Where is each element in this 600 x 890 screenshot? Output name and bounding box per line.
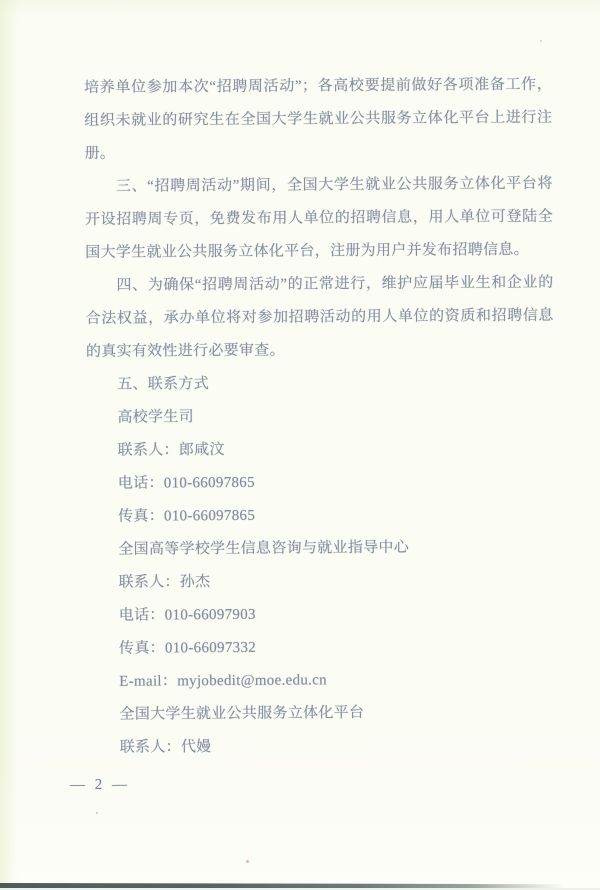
scan-speck bbox=[96, 812, 98, 814]
body-paragraph: 三、“招聘周活动”期间，全国大学生就业公共服务立体化平台将开设招聘周专页，免费发… bbox=[85, 168, 554, 270]
contact-line-fax: 传真：010-66097332 bbox=[88, 630, 556, 666]
body-paragraph: 培养单位参加本次“招聘周活动”；各高校要提前做好各项准备工作，组织未就业的研究生… bbox=[84, 69, 553, 171]
contact-line-person: 联系人：孙杰 bbox=[87, 564, 555, 600]
section-heading: 五、联系方式 bbox=[86, 366, 554, 402]
scanned-document-page: 培养单位参加本次“招聘周活动”；各高校要提前做好各项准备工作，组织未就业的研究生… bbox=[0, 0, 600, 890]
contact-line-organization: 全国高等学校学生信息咨询与就业指导中心 bbox=[87, 531, 555, 567]
contact-line-phone: 电话：010-66097865 bbox=[87, 465, 555, 501]
scan-speck bbox=[246, 860, 249, 863]
contact-line-platform: 全国大学生就业公共服务立体化平台 bbox=[88, 696, 556, 732]
contact-line-email: E-mail：myjobedit@moe.edu.cn bbox=[88, 663, 556, 699]
contact-line-phone: 电话：010-66097903 bbox=[88, 597, 556, 633]
contact-line-person: 联系人：郎咸汶 bbox=[87, 432, 555, 468]
document-body: 培养单位参加本次“招聘周活动”；各高校要提前做好各项准备工作，组织未就业的研究生… bbox=[84, 69, 557, 765]
contact-line-fax: 传真：010-66097865 bbox=[87, 498, 555, 534]
page-number: — 2 — bbox=[70, 770, 130, 800]
contact-line-person: 联系人：代嫚 bbox=[89, 729, 557, 765]
body-paragraph: 四、为确保“招聘周活动”的正常进行，维护应届毕业生和企业的合法权益，承办单位将对… bbox=[85, 267, 554, 369]
contact-line-department: 高校学生司 bbox=[86, 399, 554, 435]
scan-speck bbox=[540, 40, 542, 42]
